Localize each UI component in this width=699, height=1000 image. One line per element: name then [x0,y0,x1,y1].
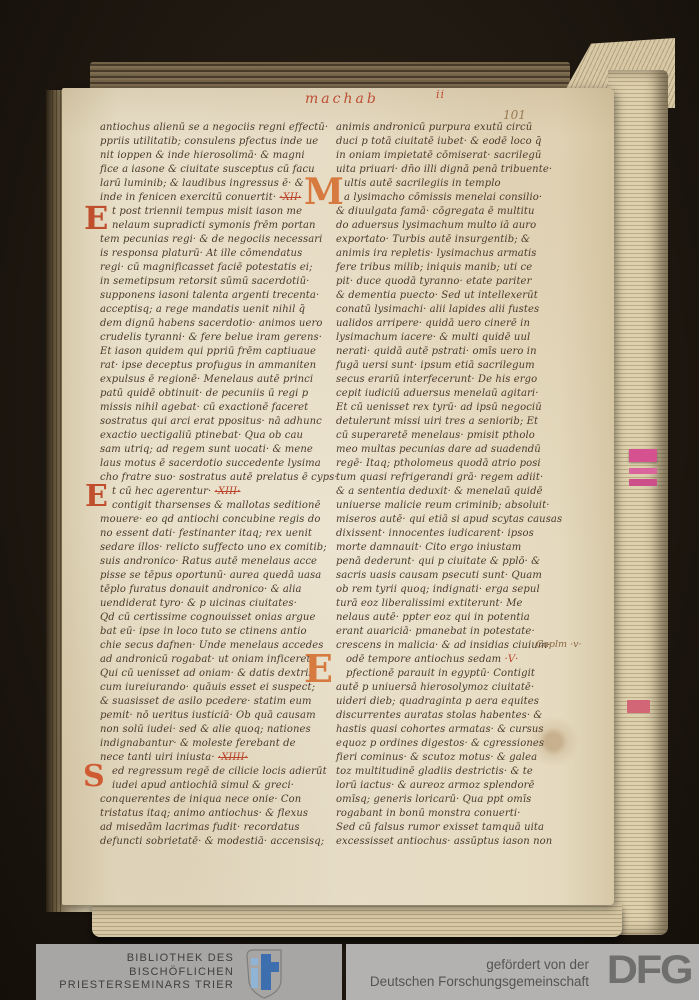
manuscript-text-line: conquerentes de iniqua nece onie· Con [100,793,338,807]
manuscript-text-line: contigit tharsenses & mallotas seditionē [100,499,338,513]
manuscript-text-line: excessisset antiochus· assūptus iason no… [336,835,574,849]
library-shield-logo-icon [241,946,287,1000]
manuscript-text-line: nerati· quidā autē pstrati· omīs uero in [336,345,574,359]
illuminated-initial: E [304,650,333,688]
manuscript-text-line: uendiderat tyro· & p uicinas ciuitates· [100,597,338,611]
manuscript-text-line: ppriis utilitatib; consulens pfectus ind… [100,135,338,149]
manuscript-text-line: patū quidē obtinuit· de pecuniis ū regi … [100,387,338,401]
manuscript-text-line: animis ira repletis· lysimachus armatis [336,247,574,261]
manuscript-text-line: regē· Itaq; ptholomeus quodā atrio posi [336,457,574,471]
manuscript-text-line: lysimachum iacere· & multi quidē uul [336,331,574,345]
library-name-line2: BISCHÖFLICHEN [44,966,234,980]
manuscript-text-line: ad misedām lacrimas fudit· recordatus [100,821,338,835]
manuscript-text-line: omīsq; generis loricarū· Qua ppt omīs [336,793,574,807]
manuscript-text-line: Qd cū certissime cognouisset onias argue [100,611,338,625]
photograph-background: machab ii 101 antiochus alienū se a nego… [0,0,699,1000]
running-title-book-number: ii [436,88,445,101]
manuscript-text-line: lorū iactus· & aureoz armoz splendorē [336,779,574,793]
manuscript-text-line: equoz p ordines digestos· & cgressiones [336,737,574,751]
manuscript-text-line: mouere· eo qd antiochi concubine regis d… [100,513,338,527]
book-tail-edge [92,903,622,937]
manuscript-page: machab ii 101 antiochus alienū se a nego… [62,88,614,905]
illuminated-initial: M [304,174,344,210]
bookmark-tab-1 [629,449,657,462]
manuscript-text-line: discurrentes auratas stolas habentes· & [336,709,574,723]
manuscript-text-line: cum iureiurando· quāuis esset ei suspect… [100,681,338,695]
manuscript-text-line: uniuerse malicie reum criminib; absoluit… [336,499,574,513]
manuscript-text-line: cū superaretē menelaus· pmisit ptholo [336,429,574,443]
manuscript-text-line: & dementia puecto· Sed ut intellexerūt [336,289,574,303]
manuscript-text-line: fice a iasone & ciuitate susceptus cū fa… [100,163,338,177]
manuscript-text-line: nece tanti uiri iniusta· ·XIIII· [100,751,338,765]
manuscript-text-line: erant auariciā· pmanebat in potestate· [336,625,574,639]
manuscript-text-line: odē tempore antiochus sedam ·V· [336,653,574,667]
manuscript-text-line: detulerunt missi uiri tres a seniorib; E… [336,415,574,429]
manuscript-text-line: regi· cū magnificasset faciē potestatis … [100,261,338,275]
library-name-line3: PRIESTERSEMINARS TRIER [44,979,234,993]
manuscript-text-line: laus motus ē sacerdotio succedente lysim… [100,457,338,471]
funding-text: gefördert von der Deutschen Forschungsge… [359,956,589,990]
manuscript-text-line: ed regressum regē de cilicie locis adier… [100,765,338,779]
manuscript-text-line: t post triennii tempus misit iason me [100,205,338,219]
manuscript-text-line: sostratus qui arci erat ppositus· nā adh… [100,415,338,429]
illuminated-initial: S [83,762,105,792]
manuscript-text-line: ad andronicū rogabat· ut oniam inficeret… [100,653,338,667]
manuscript-text-line: tem pecunias regi· & de negociis necessa… [100,233,338,247]
manuscript-text-line: cepit iudiciū aduersus menelaū agitari· [336,387,574,401]
manuscript-text-line: expulsus ē regionē· Menelaus autē princi [100,373,338,387]
manuscript-text-line: tristatus itaq; animo antiochus· & flexu… [100,807,338,821]
manuscript-text-line: morte damnauit· Cito ergo iniustam [336,541,574,555]
manuscript-text-line: toz multitudinē gladiis destrictis· & te [336,765,574,779]
manuscript-text-line: pisse se tēpus oportunū· aurea quedā uas… [100,569,338,583]
manuscript-text-line: in oniam impietatē cōmiserat· sacrilegū [336,149,574,163]
manuscript-text-line: & suasisset de asilo pcedere· statim eum [100,695,338,709]
manuscript-text-line: fere tribus milib; iniquis manib; uti ce [336,261,574,275]
manuscript-text-line: & diuulgata famā· cōgregata ē multitu [336,205,574,219]
funding-text-line2: Deutschen Forschungsgemeinschaft [359,973,589,990]
running-title-machab: machab [305,91,379,107]
manuscript-text-line: tum quasi refrigerandi grā· regem adiit· [336,471,574,485]
manuscript-text-line: duci p totā ciuitatē iubet· & eodē loco … [336,135,574,149]
manuscript-text-line: t cū hec agerentur· ·XIII· [100,485,338,499]
manuscript-text-line: ualidos arripere· quidā uero cinerē in [336,317,574,331]
rubric-numeral: ·XII· [279,192,301,203]
manuscript-text-line: larū luminib; & laudibus ingressus ē· & [100,177,338,191]
manuscript-text-line: sedare illos· relicto suffecto uno ex co… [100,541,338,555]
manuscript-text-line: acceptisq; a rege mandatis uenit nihil q… [100,303,338,317]
manuscript-text-line: inde in fenicen exercitū conuertit· ·XII… [100,191,338,205]
manuscript-text-line: supponens iasoni talenta argenti trecent… [100,289,338,303]
manuscript-text-line: defuncti sobrietatē· & modestiā· accensi… [100,835,338,849]
manuscript-text-line: tēplo furatus donauit andronico· & alia [100,583,338,597]
manuscript-text-line: cho fratre suo· sostratus autē prelatus … [100,471,338,485]
manuscript-text-line: sacris uasis causam psecuti sunt· Quam [336,569,574,583]
text-column-right: animis andronicū purpura exutū circūduci… [336,121,574,849]
rubric-numeral: ·XIII· [215,486,241,497]
dfg-logo: DFG [606,948,691,993]
library-banner: BIBLIOTHEK DES BISCHÖFLICHEN PRIESTERSEM… [36,944,342,1000]
manuscript-text-line: & a sententia deduxit· & menelaū quidē [336,485,574,499]
manuscript-text-line: nit ioppen & inde hierosolimā· & magni [100,149,338,163]
manuscript-text-line: hastis quasi cohortes armatas· & cursus [336,723,574,737]
manuscript-text-line: dixissent· innocentes iudicarent· ipsos [336,527,574,541]
manuscript-text-line: bat eū· ipse in loco tuto se ctinens ant… [100,625,338,639]
dfg-banner: gefördert von der Deutschen Forschungsge… [346,944,699,1000]
library-name: BIBLIOTHEK DES BISCHÖFLICHEN PRIESTERSEM… [44,952,234,993]
manuscript-text-line: pfectionē parauit in egyptū· Contigit [336,667,574,681]
manuscript-text-line: a lysimacho cōmissis menelai consilio· [336,191,574,205]
manuscript-text-line: is responsa platurū· At ille cōmendatus [100,247,338,261]
manuscript-text-line: uideri dieb; quadraginta p aera equites [336,695,574,709]
manuscript-text-line: missis nihil agebat· cū exactionē facere… [100,401,338,415]
manuscript-text-line: rat· ipse deceptus profugus in ammaniten [100,359,338,373]
manuscript-text-line: Et iason quidem qui ppriū frēm captiuaue [100,345,338,359]
manuscript-text-line: pemit· nō ueritus iusticiā· Ob quā causa… [100,709,338,723]
manuscript-text-line: crudelis tyranni· & fere belue iram gere… [100,331,338,345]
manuscript-text-line: dem dignū habens sacerdotio· animos uero [100,317,338,331]
manuscript-text-line: autē p uniuersā hierosolymoz ciuitatē· [336,681,574,695]
text-column-left: antiochus alienū se a negociis regni eff… [100,121,338,849]
manuscript-text-line: Et cū uenisset rex tyrū· ad ipsū negociū [336,401,574,415]
manuscript-text-line: chie secus dafnen· Unde menelaus accedes [100,639,338,653]
manuscript-text-line: penā dederunt· qui p ciuitate & pplō· & [336,555,574,569]
manuscript-text-line: do aduersus lysimachum multo iā auro [336,219,574,233]
manuscript-text-line: indignabantur· & moleste ferebant de [100,737,338,751]
manuscript-text-line: antiochus alienū se a negociis regni eff… [100,121,338,135]
funding-text-line1: gefördert von der [359,956,589,973]
manuscript-text-line: animis andronicū purpura exutū circū [336,121,574,135]
manuscript-text-line: rogabant in bonū monstra conuerti· [336,807,574,821]
manuscript-text-line: miseros autē· qui etiā si apud scytas ca… [336,513,574,527]
folio-number: 101 [503,108,526,122]
bookmark-tab-3 [629,479,657,486]
manuscript-text-line: iudei apud antiochiā simul & greci· [100,779,338,793]
manuscript-text-line: suis andronico· Ratus autē menelaus acce [100,555,338,569]
rubric-numeral: ·XIIII· [218,752,248,763]
manuscript-text-line: nelaum supradicti symonis frēm portan [100,219,338,233]
manuscript-text-line: Sed cū falsus rumor exisset tamquā uita [336,821,574,835]
illuminated-initial: E [84,202,108,234]
manuscript-text-line: exportato· Turbis autē insurgentib; & [336,233,574,247]
illuminated-initial: E [85,482,108,512]
bookmark-tab-4 [627,700,650,713]
manuscript-text-line: sam utriq; ad regem sunt uocati· & mene [100,443,338,457]
manuscript-text-line: uita priuari· dn̄o illi dignā penā tribu… [336,163,574,177]
manuscript-text-line: conatū lysimachi· alii lapides alii fust… [336,303,574,317]
manuscript-text-line: turā eoz liberalissimi extiterunt· Me [336,597,574,611]
fore-edge-page-stack [608,70,668,935]
manuscript-text-line: exactio uectigaliū ptinebat· Qua ob cau [100,429,338,443]
manuscript-text-line: fugā uersi sunt· ipsum etiā sacrilegum [336,359,574,373]
manuscript-text-line: fieri cominus· & scutoz motus· & galea [336,751,574,765]
chapter-margin-note: Caplm ·v· [536,639,582,650]
manuscript-text-line: meo multas pecunias dare ad suadendū [336,443,574,457]
library-name-line1: BIBLIOTHEK DES [44,952,234,966]
manuscript-text-line: ob rem tyrii quoq; indignati· erga sepul [336,583,574,597]
manuscript-text-line: secus erariū interfecerunt· De his ergo [336,373,574,387]
manuscript-text-line: ultis autē sacrilegiis in templo [336,177,574,191]
bookmark-tab-2 [629,468,657,474]
manuscript-text-line: pit· duce quodā tyranno· etate pariter [336,275,574,289]
manuscript-text-line: in semetipsum retorsit sūmū sacerdotiū· [100,275,338,289]
manuscript-text-line: no essent dati· festinanter itaq; rex ue… [100,527,338,541]
manuscript-text-line: nelaus autē· ppter eoz qui in potentia [336,611,574,625]
manuscript-text-line: Qui cū uenisset ad oniam· & datis dextri… [100,667,338,681]
manuscript-text-line: non solū iudei· sed & alie quoq; natione… [100,723,338,737]
rubric-numeral: ·V· [505,654,519,665]
